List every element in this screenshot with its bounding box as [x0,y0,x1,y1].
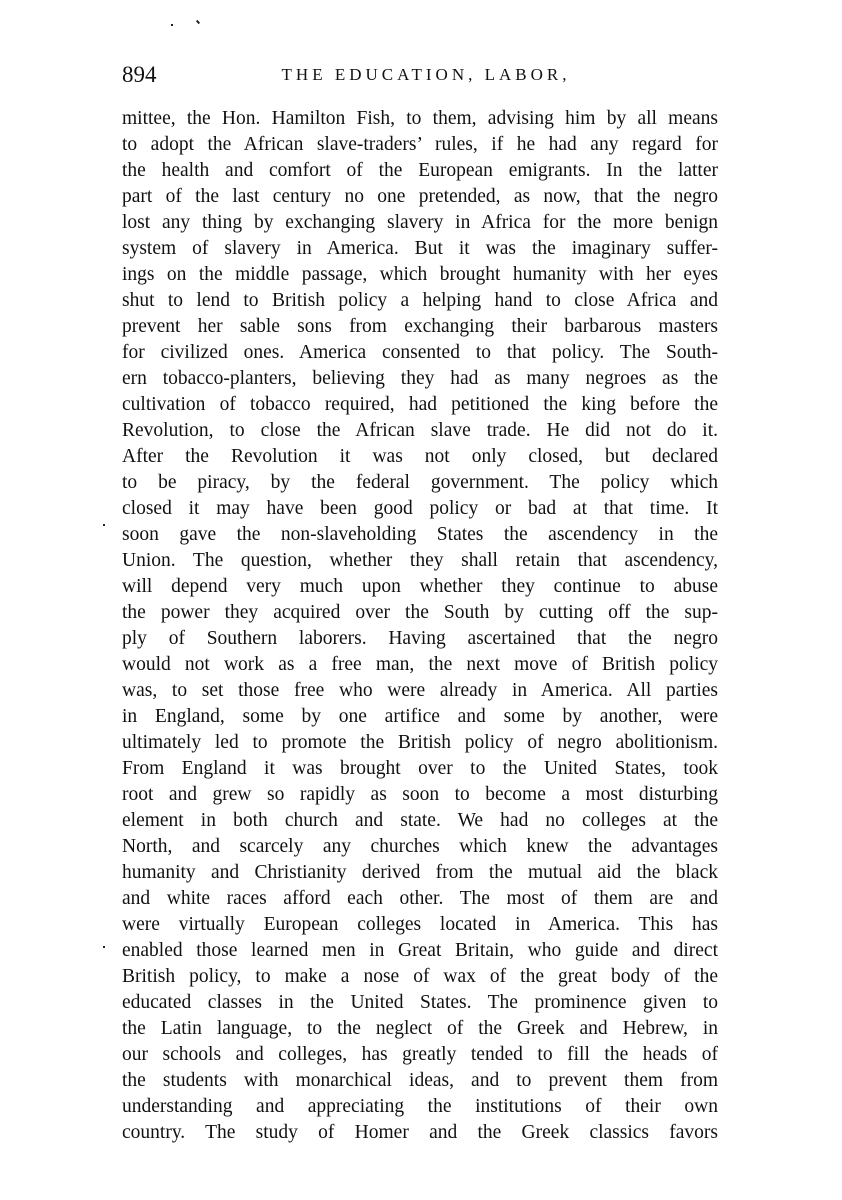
text-line: the health and comfort of the European e… [122,158,718,184]
text-line: mittee, the Hon. Hamilton Fish, to them,… [122,106,718,132]
text-line: enabled those learned men in Great Brita… [122,938,718,964]
text-line: prevent her sable sons from exchanging t… [122,314,718,340]
text-line: North, and scarcely any churches which k… [122,834,718,860]
text-line: for civilized ones. America consented to… [122,340,718,366]
scan-speck [196,20,200,24]
text-line: the power they acquired over the South b… [122,600,718,626]
text-line: Union. The question, whether they shall … [122,548,718,574]
text-line: element in both church and state. We had… [122,808,718,834]
text-line: British policy, to make a nose of wax of… [122,964,718,990]
text-line: to be piracy, by the federal government.… [122,470,718,496]
text-line: ultimately led to promote the British po… [122,730,718,756]
text-line: educated classes in the United States. T… [122,990,718,1016]
text-line: From England it was brought over to the … [122,756,718,782]
scan-speck [103,524,105,526]
text-line: ply of Southern laborers. Having ascerta… [122,626,718,652]
text-line: the students with monarchical ideas, and… [122,1068,718,1094]
scan-speck [171,24,173,26]
text-line: was, to set those free who were already … [122,678,718,704]
text-line: the Latin language, to the neglect of th… [122,1016,718,1042]
text-line: lost any thing by exchanging slavery in … [122,210,718,236]
text-line: country. The study of Homer and the Gree… [122,1120,718,1146]
text-line: ings on the middle passage, which brough… [122,262,718,288]
text-line: our schools and colleges, has greatly te… [122,1042,718,1068]
text-line: root and grew so rapidly as soon to beco… [122,782,718,808]
text-line: to adopt the African slave-traders’ rule… [122,132,718,158]
scan-speck [103,946,105,948]
book-page: 894 THE EDUCATION, LABOR, mittee, the Ho… [0,0,842,1200]
text-line: humanity and Christianity derived from t… [122,860,718,886]
body-text: mittee, the Hon. Hamilton Fish, to them,… [122,106,718,1146]
text-line: closed it may have been good policy or b… [122,496,718,522]
text-line: were virtually European colleges located… [122,912,718,938]
text-line: will depend very much upon whether they … [122,574,718,600]
text-line: and white races afford each other. The m… [122,886,718,912]
text-line: soon gave the non-slaveholding States th… [122,522,718,548]
text-line: Revolution, to close the African slave t… [122,418,718,444]
text-line: part of the last century no one pretende… [122,184,718,210]
text-line: understanding and appreciating the insti… [122,1094,718,1120]
running-head: THE EDUCATION, LABOR, [122,65,720,85]
text-line: in England, some by one artifice and som… [122,704,718,730]
text-line: shut to lend to British policy a helping… [122,288,718,314]
text-line: cultivation of tobacco required, had pet… [122,392,718,418]
page-header: 894 THE EDUCATION, LABOR, [122,62,720,94]
text-line: would not work as a free man, the next m… [122,652,718,678]
text-line: After the Revolution it was not only clo… [122,444,718,470]
text-line: ern tobacco-planters, believing they had… [122,366,718,392]
text-line: system of slavery in America. But it was… [122,236,718,262]
